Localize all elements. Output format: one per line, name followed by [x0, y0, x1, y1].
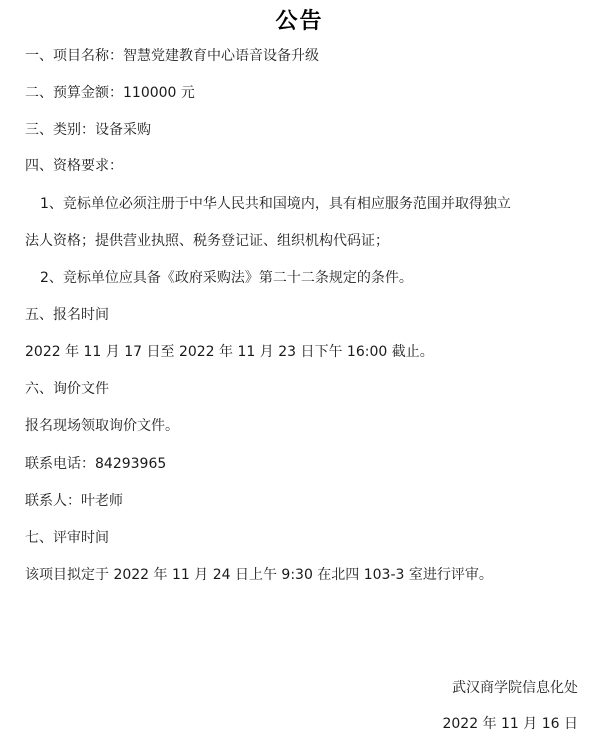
inquiry-note: 报名现场领取询价文件。	[25, 417, 179, 435]
item-registration-heading: 五、报名时间	[25, 306, 109, 324]
item-project-name: 一、项目名称：智慧党建教育中心语音设备升级	[25, 47, 319, 65]
item-budget: 二、预算金额：110000 元	[25, 84, 195, 102]
signature-date: 2022 年 11 月 16 日	[442, 715, 578, 733]
qualification-1-cont: 法人资格；提供营业执照、税务登记证、组织机构代码证；	[25, 232, 389, 250]
qualification-2: 2、竞标单位应具备《政府采购法》第二十二条规定的条件。	[40, 269, 413, 287]
item-category: 三、类别：设备采购	[25, 121, 151, 139]
contact-phone: 联系电话：84293965	[25, 455, 166, 473]
item-inquiry-heading: 六、询价文件	[25, 380, 109, 398]
registration-time: 2022 年 11 月 17 日至 2022 年 11 月 23 日下午 16:…	[25, 343, 434, 361]
item-qualification-heading: 四、资格要求：	[25, 157, 123, 175]
signature-org: 武汉商学院信息化处	[452, 679, 578, 697]
contact-person: 联系人：叶老师	[25, 492, 123, 510]
review-time: 该项目拟定于 2022 年 11 月 24 日上午 9:30 在北四 103-3…	[25, 566, 493, 584]
item-review-heading: 七、评审时间	[25, 529, 109, 547]
document-title: 公告	[0, 4, 599, 35]
qualification-1: 1、竞标单位必须注册于中华人民共和国境内，具有相应服务范围并取得独立	[40, 195, 511, 213]
